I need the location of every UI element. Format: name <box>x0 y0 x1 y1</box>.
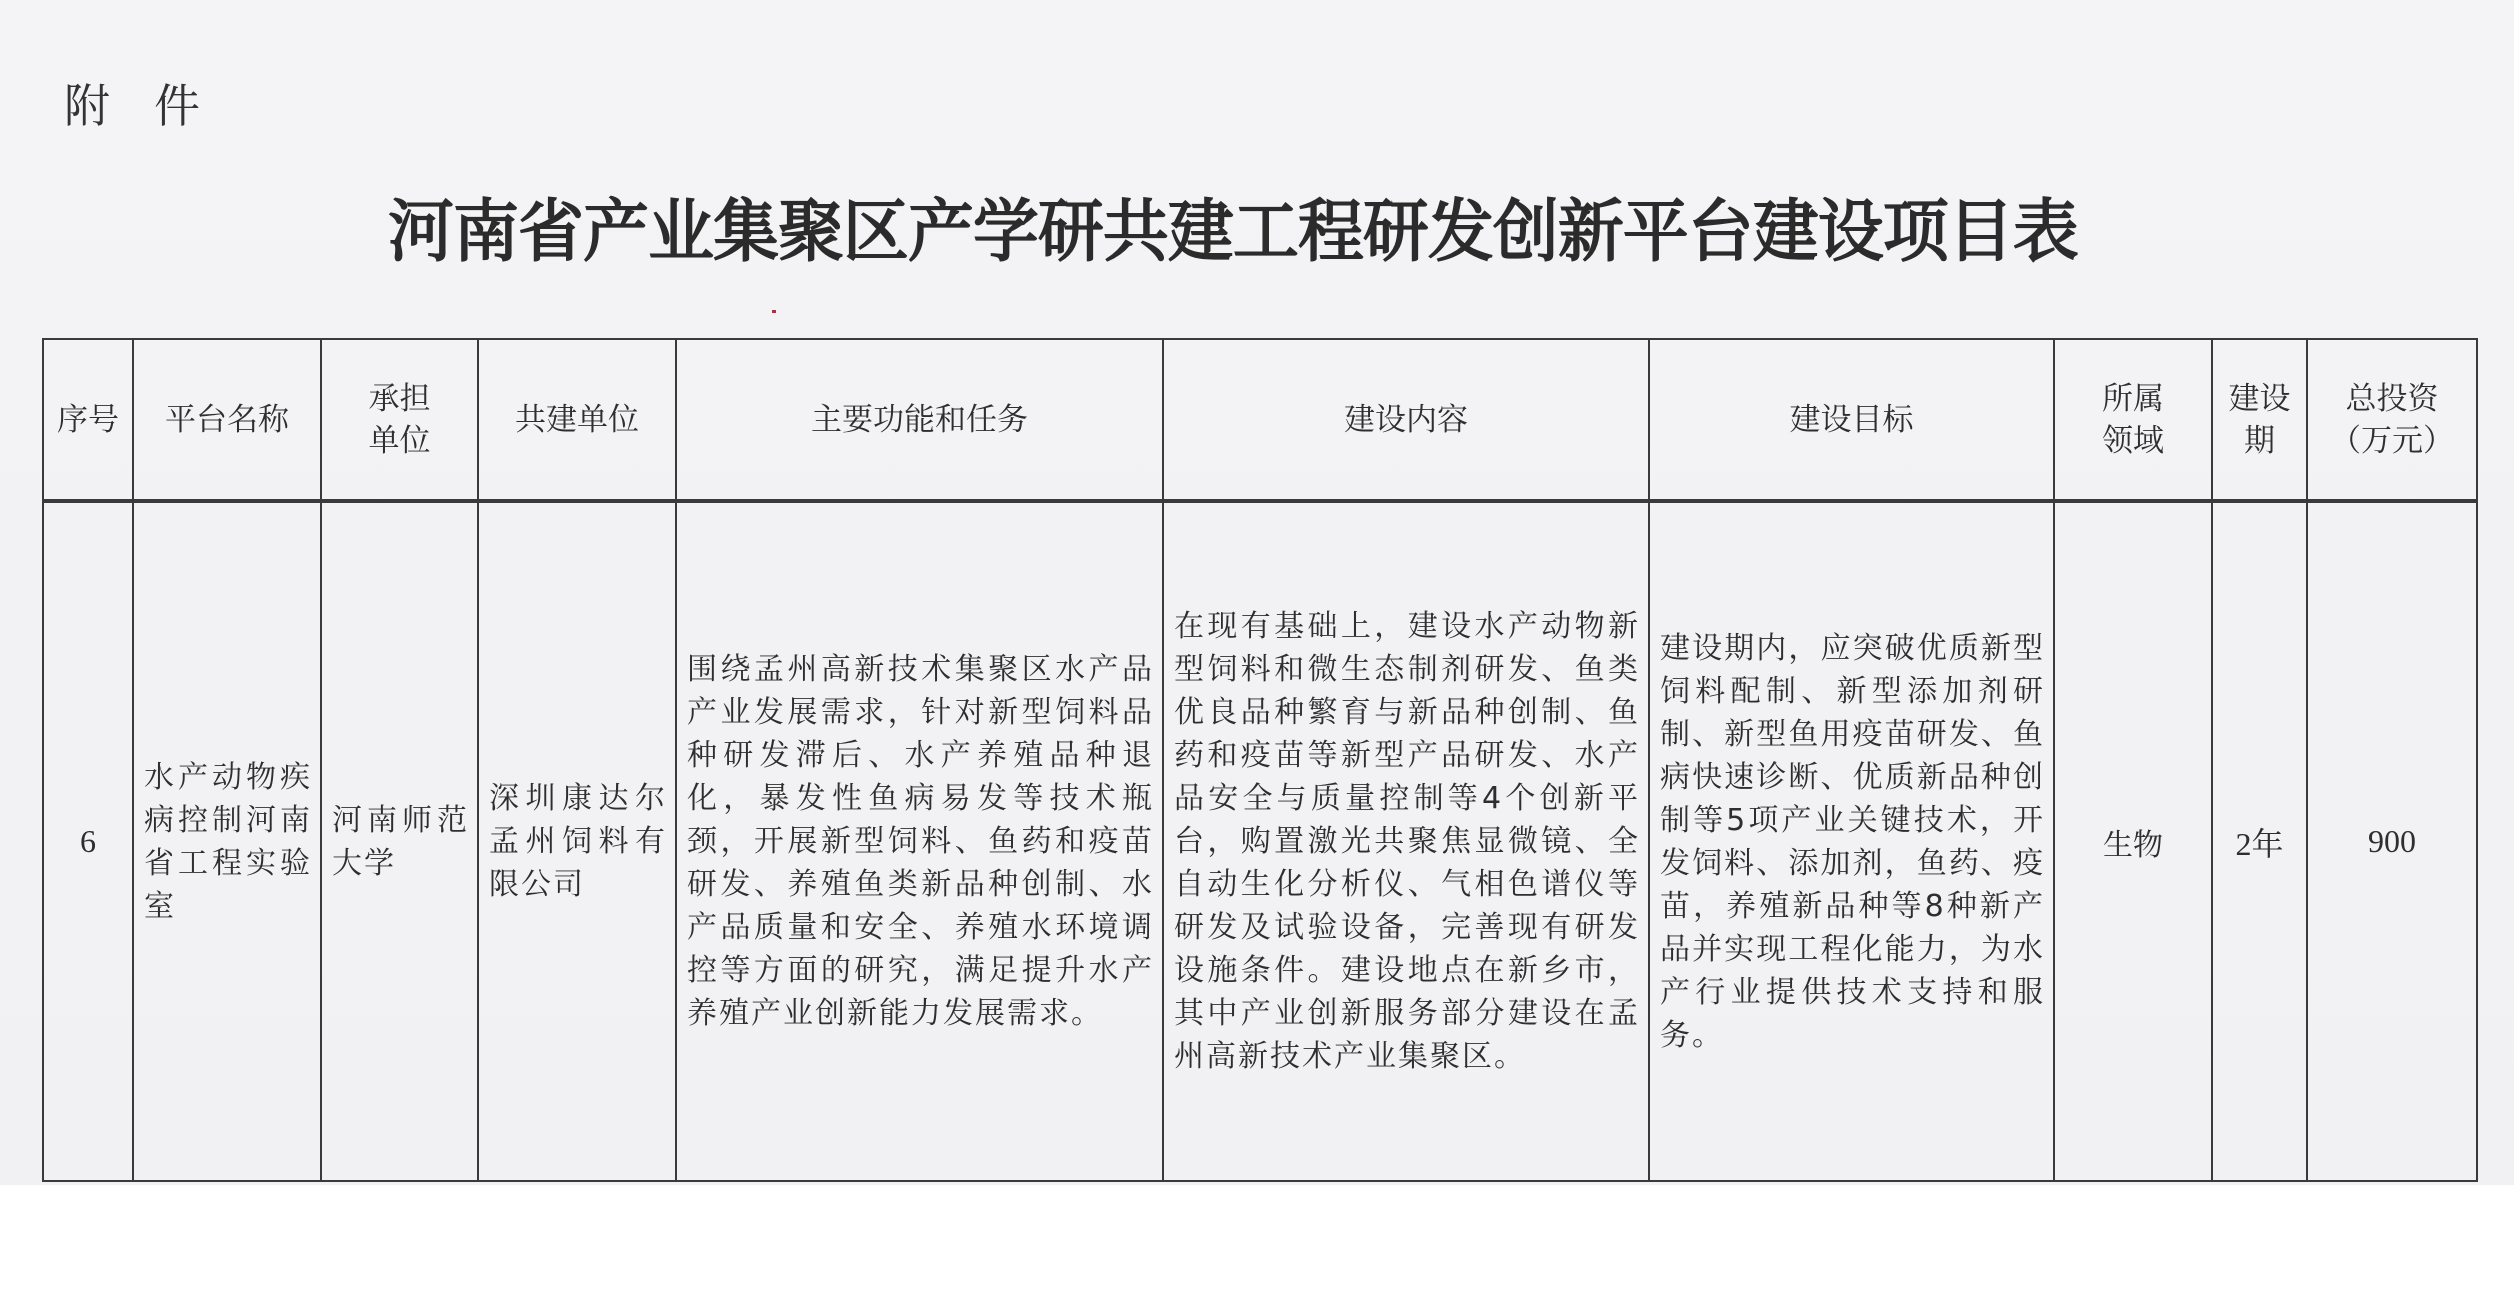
content-text: 在现有基础上，建设水产动物新型饲料和微生态制剂研发、鱼类优良品种繁育与新品种创制… <box>1164 605 1648 1078</box>
cell-period: 2年 <box>2212 501 2307 1181</box>
header-undertaker: 承担 单位 <box>321 339 478 501</box>
header-undertaker-line1: 承担 <box>322 378 477 420</box>
cell-content: 在现有基础上，建设水产动物新型饲料和微生态制剂研发、鱼类优良品种繁育与新品种创制… <box>1163 501 1649 1181</box>
header-field: 所属 领域 <box>2054 339 2212 501</box>
header-investment: 总投资 （万元） <box>2307 339 2477 501</box>
project-table: 序号 平台名称 承担 单位 共建单位 主要功能和任务 建设内容 建设目标 所属 … <box>42 338 2478 1182</box>
header-field-line2: 领域 <box>2055 420 2211 462</box>
header-period-line2: 期 <box>2213 420 2306 462</box>
undertaker-text: 河南师范大学 <box>322 799 477 885</box>
cell-seq: 6 <box>43 501 133 1181</box>
cell-platform-name: 水产动物疾病控制河南省工程实验室 <box>133 501 321 1181</box>
scan-artifact-dot <box>772 310 776 313</box>
scanned-page: 附件 河南省产业集聚区产学研共建工程研发创新平台建设项目表 序号 平台名称 承担… <box>0 0 2514 1185</box>
header-undertaker-line2: 单位 <box>322 420 477 462</box>
header-goal: 建设目标 <box>1649 339 2054 501</box>
document-title: 河南省产业集聚区产学研共建工程研发创新平台建设项目表 <box>388 178 2095 275</box>
attachment-label: 附件 <box>64 70 244 136</box>
header-co-builder: 共建单位 <box>478 339 676 501</box>
platform-name-text: 水产动物疾病控制河南省工程实验室 <box>134 756 320 928</box>
header-investment-line1: 总投资 <box>2308 378 2476 420</box>
table-row: 6 水产动物疾病控制河南省工程实验室 河南师范大学 深圳康达尔孟州饲料有限公司 … <box>43 501 2477 1181</box>
functions-text: 围绕孟州高新技术集聚区水产品产业发展需求，针对新型饲料品种研发滞后、水产养殖品种… <box>677 648 1162 1035</box>
header-platform-name: 平台名称 <box>133 339 321 501</box>
header-seq: 序号 <box>43 339 133 501</box>
cell-co-builder: 深圳康达尔孟州饲料有限公司 <box>478 501 676 1181</box>
cell-undertaker: 河南师范大学 <box>321 501 478 1181</box>
header-functions: 主要功能和任务 <box>676 339 1163 501</box>
header-field-line1: 所属 <box>2055 378 2211 420</box>
table-header-row: 序号 平台名称 承担 单位 共建单位 主要功能和任务 建设内容 建设目标 所属 … <box>43 339 2477 501</box>
cell-goal: 建设期内，应突破优质新型饲料配制、新型添加剂研制、新型鱼用疫苗研发、鱼病快速诊断… <box>1649 501 2054 1181</box>
cell-investment: 900 <box>2307 501 2477 1181</box>
goal-text: 建设期内，应突破优质新型饲料配制、新型添加剂研制、新型鱼用疫苗研发、鱼病快速诊断… <box>1650 627 2053 1057</box>
header-investment-line2: （万元） <box>2308 420 2476 462</box>
cell-functions: 围绕孟州高新技术集聚区水产品产业发展需求，针对新型饲料品种研发滞后、水产养殖品种… <box>676 501 1163 1181</box>
cell-field: 生物 <box>2054 501 2212 1181</box>
header-period-line1: 建设 <box>2213 378 2306 420</box>
co-builder-text: 深圳康达尔孟州饲料有限公司 <box>479 777 675 906</box>
header-period: 建设 期 <box>2212 339 2307 501</box>
header-content: 建设内容 <box>1163 339 1649 501</box>
